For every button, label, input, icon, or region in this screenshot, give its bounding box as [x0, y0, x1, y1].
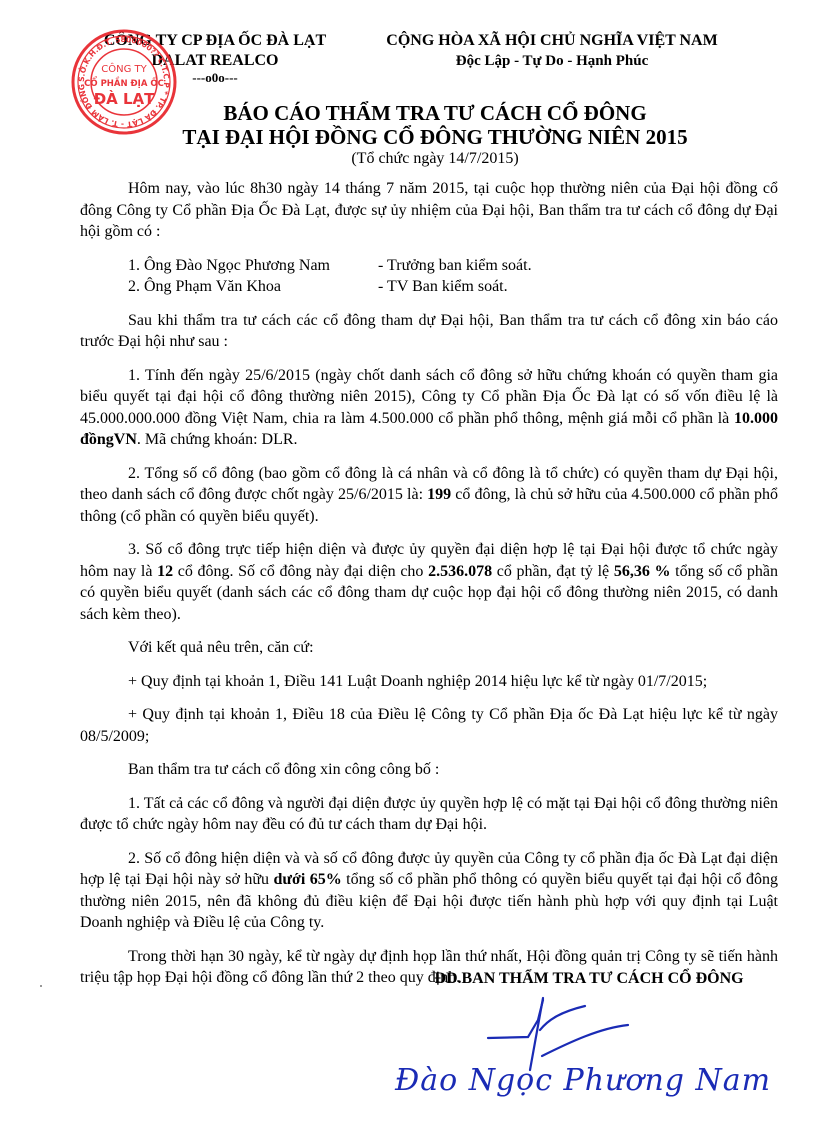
represented-shares: 2.536.078 [428, 563, 492, 580]
document-title: BÁO CÁO THẨM TRA TƯ CÁCH CỔ ĐÔNG TẠI ĐẠI… [150, 101, 720, 169]
signature-title: ĐD.BAN THẨM TRA TƯ CÁCH CỔ ĐÔNG [394, 970, 784, 988]
intro-paragraph: Hôm nay, vào lúc 8h30 ngày 14 tháng 7 nă… [80, 178, 778, 243]
item-1-text-end: . Mã chứng khoán: DLR. [137, 431, 298, 448]
member-row: 2. Ông Phạm Văn Khoa - TV Ban kiểm soát. [80, 276, 778, 298]
shareholder-count: 199 [427, 486, 451, 503]
item-3-text-c: cổ phần, đạt tỷ lệ [492, 563, 614, 580]
nation-name: CỘNG HÒA XÃ HỘI CHỦ NGHĨA VIỆT NAM [372, 31, 732, 51]
attendee-count: 12 [157, 563, 173, 580]
seal-line2: CỔ PHẦN ĐỊA ỐC [84, 76, 164, 89]
announce-2: 2. Số cổ đông hiện diện và và số cổ đông… [80, 848, 778, 934]
national-motto: Độc Lập - Tự Do - Hạnh Phúc [372, 51, 732, 71]
signature-name: Đào Ngọc Phương Nam [395, 1063, 771, 1098]
scan-speck [40, 985, 42, 987]
member-row: 1. Ông Đào Ngọc Phương Nam - Trưởng ban … [80, 255, 778, 277]
title-subtitle: (Tổ chức ngày 14/7/2015) [150, 149, 720, 169]
report-intro: Sau khi thẩm tra tư cách các cổ đông tha… [80, 310, 778, 353]
member-role: - Trưởng ban kiểm soát. [378, 255, 532, 277]
committee-members: 1. Ông Đào Ngọc Phương Nam - Trưởng ban … [80, 255, 778, 298]
national-header: CỘNG HÒA XÃ HỘI CHỦ NGHĨA VIỆT NAM Độc L… [372, 31, 732, 71]
basis-item: + Quy định tại khoản 1, Điều 18 của Điều… [80, 704, 778, 747]
item-3: 3. Số cổ đông trực tiếp hiện diện và đượ… [80, 539, 778, 625]
member-name: 2. Ông Phạm Văn Khoa [128, 276, 378, 298]
item-1-text: 1. Tính đến ngày 25/6/2015 (ngày chốt da… [80, 367, 778, 427]
represented-percent: 56,36 % [614, 563, 671, 580]
announce-intro: Ban thẩm tra tư cách cổ đông xin công cô… [80, 759, 778, 781]
item-2: 2. Tổng số cổ đông (bao gồm cổ đông là c… [80, 463, 778, 528]
document-body: Hôm nay, vào lúc 8h30 ngày 14 tháng 7 nă… [80, 178, 778, 989]
item-3-text-b: cổ đông. Số cổ đông này đại diện cho [173, 563, 428, 580]
title-line1: BÁO CÁO THẨM TRA TƯ CÁCH CỔ ĐÔNG [150, 101, 720, 125]
seal-line3: ĐÀ LẠT [94, 89, 156, 108]
basis-intro: Với kết quả nêu trên, căn cứ: [80, 637, 778, 659]
title-line2: TẠI ĐẠI HỘI ĐỒNG CỔ ĐÔNG THƯỜNG NIÊN 201… [150, 125, 720, 149]
member-name: 1. Ông Đào Ngọc Phương Nam [128, 255, 378, 277]
seal-line1: CÔNG TY [101, 62, 147, 75]
member-role: - TV Ban kiểm soát. [378, 276, 508, 298]
basis-item: + Quy định tại khoản 1, Điều 141 Luật Do… [80, 671, 778, 693]
announce-1: 1. Tất cả các cổ đông và người đại diện … [80, 793, 778, 836]
item-1: 1. Tính đến ngày 25/6/2015 (ngày chốt da… [80, 365, 778, 451]
quorum-threshold: dưới 65% [274, 871, 342, 888]
